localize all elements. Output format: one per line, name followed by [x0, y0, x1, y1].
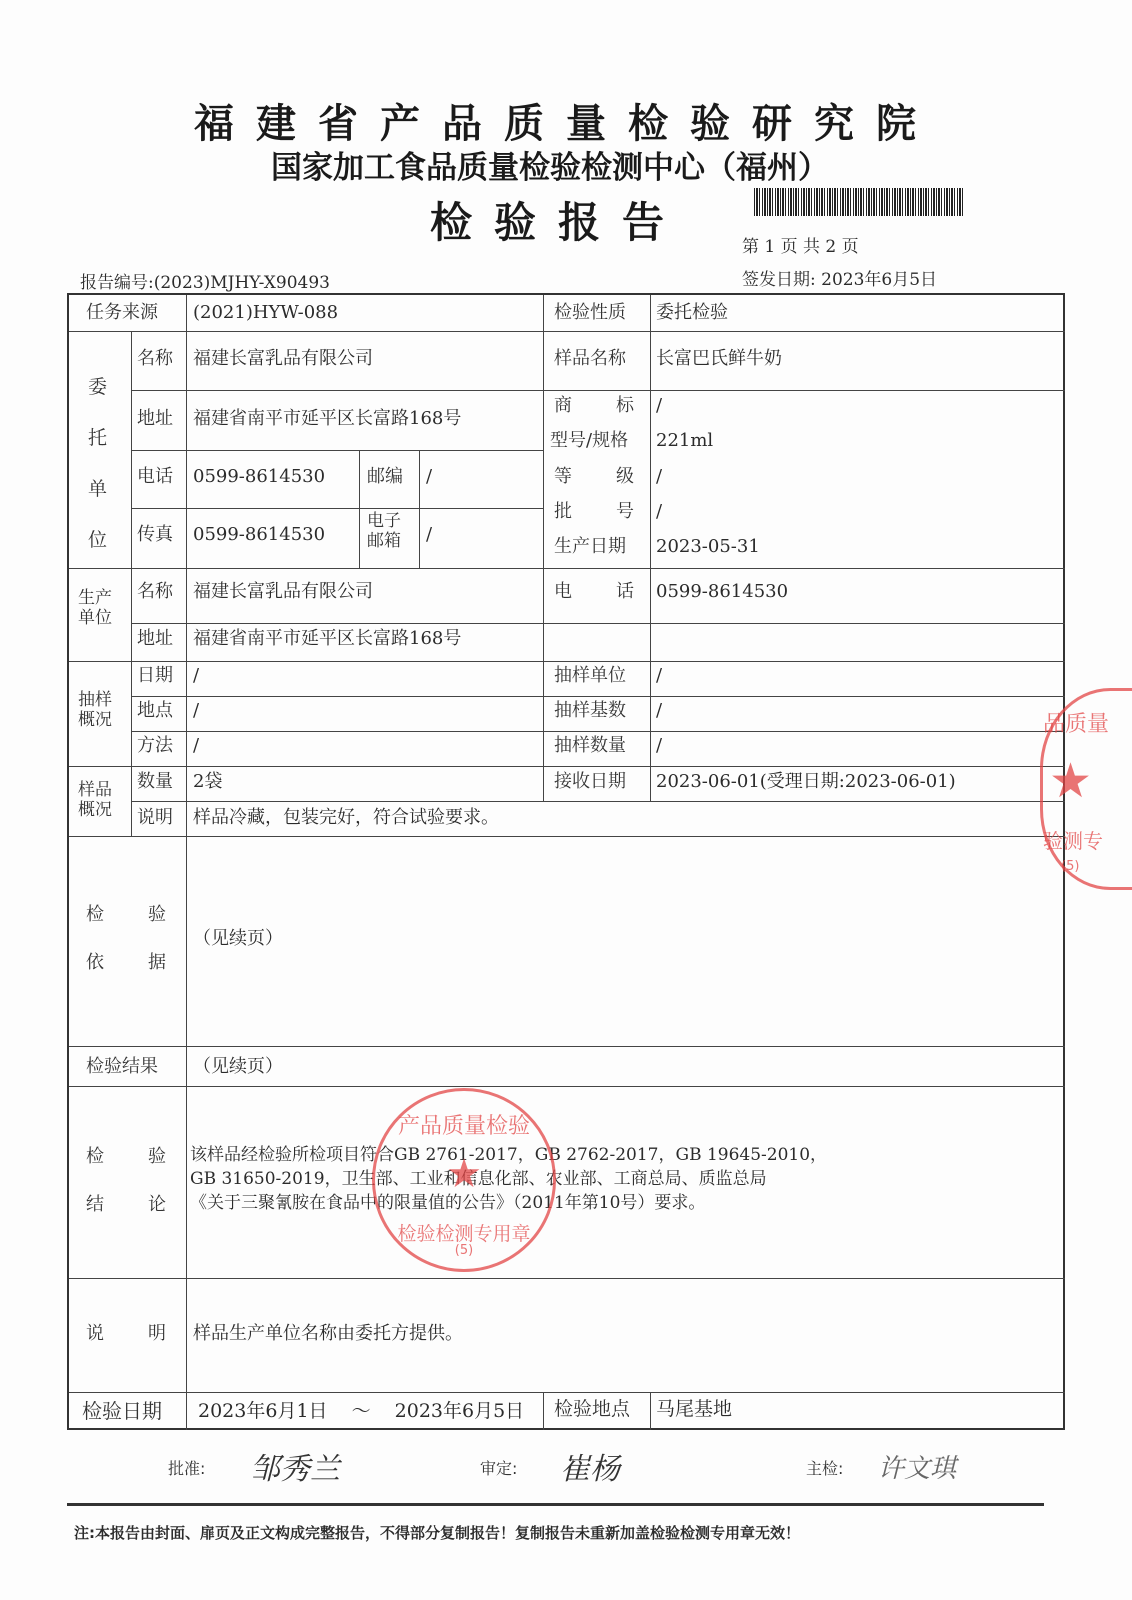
sample-desc: 样品冷藏，包装完好，符合试验要求。 — [193, 807, 499, 829]
sampling-place-label: 地点 — [137, 700, 173, 722]
basis-value: （见续页） — [193, 928, 283, 950]
inspector-label: 主检: — [806, 1458, 843, 1480]
sample-qty: 2袋 — [193, 771, 222, 793]
conclusion-char-3: 结 — [86, 1194, 104, 1216]
sampling-date-label: 日期 — [137, 665, 173, 687]
test-place: 马尾基地 — [656, 1398, 732, 1420]
test-date-label: 检验日期 — [82, 1400, 162, 1422]
issue-date-block: 签发日期: 2023年6月5日 — [742, 265, 937, 290]
sampling-group-label: 抽样 概况 — [78, 690, 112, 730]
test-date-to: 2023年6月5日 — [395, 1400, 525, 1422]
sample-overview-group-label: 样品 概况 — [78, 780, 112, 820]
conclusion-label-row2: 结论 — [86, 1194, 166, 1216]
basis-label-row2: 依据 — [86, 952, 166, 974]
test-nature-label: 检验性质 — [554, 302, 626, 324]
client-email: / — [426, 524, 432, 546]
test-place-label: 检验地点 — [554, 1398, 630, 1420]
approve-signature: 邹秀兰 — [250, 1444, 340, 1488]
test-nature-value: 委托检验 — [656, 302, 728, 324]
conclusion-label-row1: 检验 — [86, 1146, 166, 1168]
barcode — [754, 188, 964, 216]
review-signature: 崔杨 — [560, 1444, 620, 1488]
overview-label-line1: 样品 — [78, 780, 112, 800]
client-address: 福建省南平市延平区长富路168号 — [193, 408, 461, 430]
sampling-place: / — [193, 700, 199, 722]
sampling-unit-label: 抽样单位 — [554, 665, 626, 687]
producer-phone: 0599-8614530 — [656, 581, 788, 603]
phone-char-2: 话 — [616, 581, 634, 603]
phone-char-1: 电 — [554, 581, 572, 603]
report-no: (2023)MJHY-X90493 — [154, 273, 330, 293]
center-name: 国家加工食品质量检验检测中心（福州） — [0, 142, 1100, 187]
stamp-number: (5) — [375, 1243, 553, 1258]
sample-name: 长富巴氏鲜牛奶 — [656, 348, 782, 370]
client-group-label: 委 托 单 位 — [88, 372, 107, 552]
footer-divider — [67, 1503, 1044, 1506]
batch-label: 批号 — [554, 501, 634, 523]
task-source-value: (2021)HYW-088 — [193, 302, 338, 324]
conclusion-char-1: 检 — [86, 1146, 104, 1168]
client-fax-label: 传真 — [137, 524, 173, 546]
producer-group-label: 生产 单位 — [78, 588, 112, 628]
grade-value: / — [656, 466, 662, 488]
client-address-label: 地址 — [137, 408, 173, 430]
sample-name-label: 样品名称 — [554, 348, 626, 370]
batch-char-2: 号 — [616, 501, 634, 523]
tilde-separator: ～ — [352, 1400, 371, 1422]
stamp-bottom-text: 检验检测专用章 — [375, 1219, 553, 1246]
brand-label: 商标 — [554, 395, 634, 417]
sampling-label-line1: 抽样 — [78, 690, 112, 710]
basis-char-4: 据 — [148, 952, 166, 974]
client-char-4: 位 — [88, 525, 107, 552]
client-phone: 0599-8614530 — [193, 466, 325, 488]
test-date-range: 2023年6月1日 ～ 2023年6月5日 — [198, 1400, 524, 1422]
client-phone-label: 电话 — [137, 466, 173, 488]
issue-date-label: 签发日期: — [742, 270, 816, 290]
test-date-from: 2023年6月1日 — [198, 1400, 328, 1422]
prod-date-label: 生产日期 — [554, 536, 626, 558]
task-source-label: 任务来源 — [86, 302, 158, 324]
receive-date-label: 接收日期 — [554, 771, 626, 793]
sampling-qty: / — [656, 735, 662, 757]
approve-label: 批准: — [168, 1458, 205, 1480]
remark-label: 说明 — [86, 1323, 166, 1345]
issue-date: 2023年6月5日 — [821, 270, 937, 290]
remark-char-2: 明 — [148, 1323, 166, 1345]
official-stamp: 产品质量检验 ★ 检验检测专用章 (5) — [372, 1088, 556, 1272]
basis-label-row1: 检验 — [86, 904, 166, 926]
batch-char-1: 批 — [554, 501, 572, 523]
report-table — [67, 293, 1065, 1430]
basis-char-3: 依 — [86, 952, 104, 974]
doc-title: 检验报告 — [430, 190, 686, 250]
grade-char-1: 等 — [554, 466, 572, 488]
sampling-method-label: 方法 — [137, 735, 173, 757]
sampling-label-line2: 概况 — [78, 710, 112, 730]
footer-note: 注:本报告由封面、扉页及正文构成完整报告，不得部分复制报告！复制报告未重新加盖检… — [74, 1522, 800, 1543]
seam-stamp-text-2: 验测专 — [1043, 825, 1103, 854]
brand-char-2: 标 — [616, 395, 634, 417]
basis-char-1: 检 — [86, 904, 104, 926]
grade-char-2: 级 — [616, 466, 634, 488]
conclusion-char-4: 论 — [148, 1194, 166, 1216]
sampling-base-label: 抽样基数 — [554, 700, 626, 722]
client-email-label: 电子 邮箱 — [367, 511, 401, 551]
producer-name: 福建长富乳品有限公司 — [193, 581, 373, 603]
grade-label: 等级 — [554, 466, 634, 488]
sampling-base: / — [656, 700, 662, 722]
result-label: 检验结果 — [86, 1056, 158, 1078]
email-label-line1: 电子 — [367, 511, 401, 531]
prod-date-value: 2023-05-31 — [656, 536, 760, 558]
seam-stamp-star-icon: ★ — [1049, 753, 1092, 809]
seam-stamp-number: (5) — [1061, 859, 1079, 874]
client-char-3: 单 — [88, 474, 107, 501]
client-fax: 0599-8614530 — [193, 524, 325, 546]
client-postcode-label: 邮编 — [367, 466, 403, 488]
producer-label-line2: 单位 — [78, 608, 112, 628]
client-name-label: 名称 — [137, 348, 173, 370]
client-postcode: / — [426, 466, 432, 488]
sampling-method: / — [193, 735, 199, 757]
client-name: 福建长富乳品有限公司 — [193, 348, 373, 370]
institute-name: 福建省产品质量检验研究院 — [0, 92, 1132, 149]
inspector-signature: 许文琪 — [878, 1448, 956, 1485]
seam-stamp-text: 品质量 — [1043, 707, 1109, 738]
producer-name-label: 名称 — [137, 581, 173, 603]
spec-value: 221ml — [656, 430, 713, 452]
overview-label-line2: 概况 — [78, 800, 112, 820]
report-no-label: 报告编号: — [80, 273, 154, 293]
producer-address-label: 地址 — [137, 628, 173, 650]
sampling-qty-label: 抽样数量 — [554, 735, 626, 757]
producer-address: 福建省南平市延平区长富路168号 — [193, 628, 461, 650]
basis-char-2: 验 — [148, 904, 166, 926]
producer-phone-label: 电话 — [554, 581, 634, 603]
batch-value: / — [656, 501, 662, 523]
spec-label: 型号/规格 — [550, 430, 628, 452]
page-info: 第 1 页 共 2 页 — [742, 232, 859, 257]
sample-qty-label: 数量 — [137, 771, 173, 793]
sampling-date: / — [193, 665, 199, 687]
producer-label-line1: 生产 — [78, 588, 112, 608]
receive-date: 2023-06-01(受理日期:2023-06-01) — [656, 771, 956, 793]
brand-char-1: 商 — [554, 395, 572, 417]
sample-desc-label: 说明 — [137, 807, 173, 829]
stamp-star-icon: ★ — [375, 1151, 553, 1197]
brand-value: / — [656, 395, 662, 417]
stamp-top-text: 产品质量检验 — [375, 1109, 553, 1140]
email-label-line2: 邮箱 — [367, 531, 401, 551]
report-number: 报告编号:(2023)MJHY-X90493 — [80, 268, 330, 293]
client-char-1: 委 — [88, 372, 107, 399]
result-value: （见续页） — [193, 1056, 283, 1078]
sampling-unit: / — [656, 665, 662, 687]
conclusion-char-2: 验 — [148, 1146, 166, 1168]
remark-char-1: 说 — [86, 1323, 104, 1345]
remark-value: 样品生产单位名称由委托方提供。 — [193, 1323, 463, 1345]
client-char-2: 托 — [88, 423, 107, 450]
review-label: 审定: — [480, 1458, 517, 1480]
